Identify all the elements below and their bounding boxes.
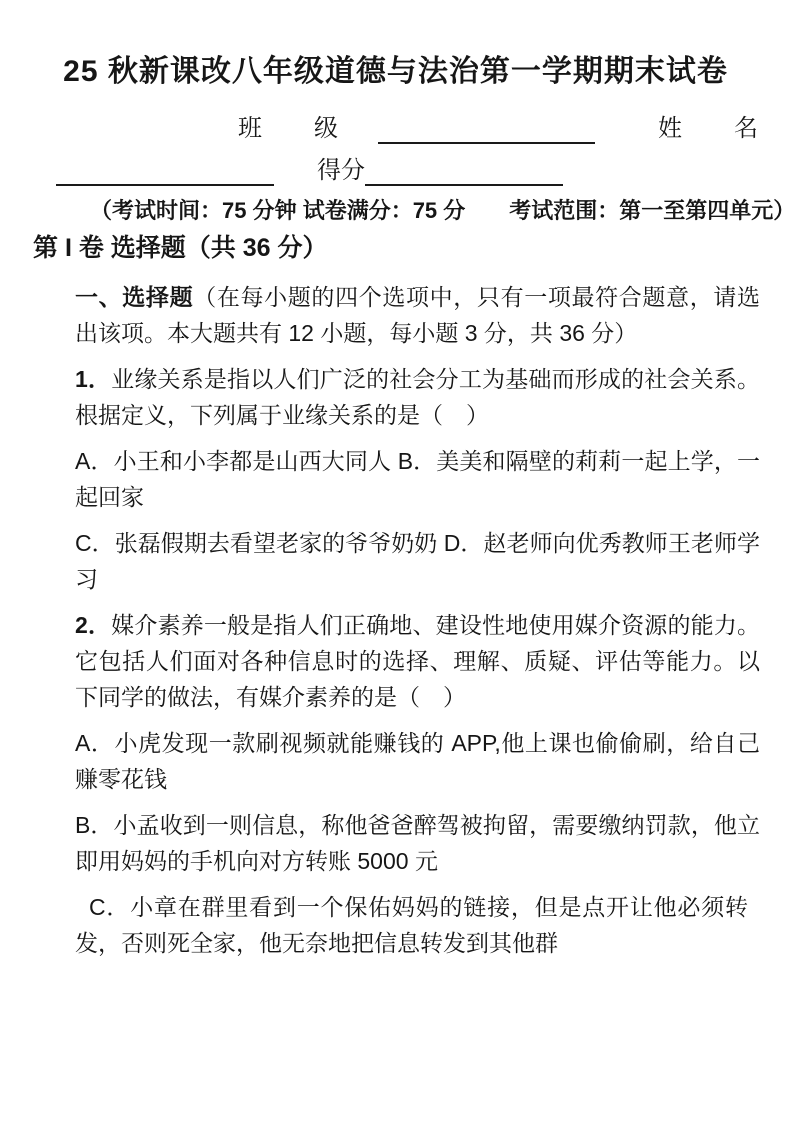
exam-title: 25 秋新课改八年级道德与法治第一学期期末试卷 — [33, 50, 758, 94]
section1-title: 一、选择题 — [75, 284, 193, 310]
class-name-row: 班级 姓名 — [33, 112, 758, 144]
exam-info: （考试时间：75 分钟 试卷满分：75 分 考试范围：第一至第四单元） — [33, 194, 758, 225]
class-blank-line — [378, 114, 595, 144]
score-row: 得分 — [33, 154, 758, 186]
part1-heading: 第 I 卷 选择题（共 36 分） — [33, 231, 758, 265]
question-2-stem: 媒介素养一般是指人们正确地、建设性地使用媒介资源的能力。它包括人们面对各种信息时… — [75, 612, 760, 710]
question-1-options-cd: C．张磊假期去看望老家的爷爷奶奶 D．赵老师向优秀教师王老师学习 — [75, 525, 760, 597]
question-2-option-b: B．小孟收到一则信息，称他爸爸醉驾被拘留，需要缴纳罚款，他立即用妈妈的手机向对方… — [75, 807, 760, 879]
section1-instructions: 一、选择题（在每小题的四个选项中，只有一项最符合题意，请选出该项。本大题共有 1… — [75, 279, 760, 351]
name-blank-line — [56, 156, 274, 186]
question-1-stem: 业缘关系是指以人们广泛的社会分工为基础而形成的社会关系。根据定义，下列属于业缘关… — [75, 366, 760, 428]
question-1-options-ab: A．小王和小李都是山西大同人 B．美美和隔壁的莉莉一起上学，一起回家 — [75, 443, 760, 515]
question-1: 1．业缘关系是指以人们广泛的社会分工为基础而形成的社会关系。根据定义，下列属于业… — [75, 361, 760, 433]
question-2-option-a: A．小虎发现一款刷视频就能赚钱的 APP,他上课也偷偷刷，给自己赚零花钱 — [75, 725, 760, 797]
question-2-number: 2． — [75, 612, 111, 638]
question-1-number: 1． — [75, 366, 111, 392]
score-blank-line — [365, 156, 563, 186]
class-label: 班级 — [238, 114, 390, 144]
exam-page: 25 秋新课改八年级道德与法治第一学期期末试卷 班级 姓名 得分 （考试时间：7… — [0, 0, 793, 1122]
question-2-option-c: C．小章在群里看到一个保佑妈妈的链接，但是点开让他必须转发，否则死全家，他无奈地… — [75, 889, 748, 961]
score-label: 得分 — [317, 156, 365, 186]
question-2: 2．媒介素养一般是指人们正确地、建设性地使用媒介资源的能力。它包括人们面对各种信… — [75, 607, 760, 715]
exam-body: 一、选择题（在每小题的四个选项中，只有一项最符合题意，请选出该项。本大题共有 1… — [33, 279, 760, 961]
name-label: 姓名 — [658, 114, 793, 144]
